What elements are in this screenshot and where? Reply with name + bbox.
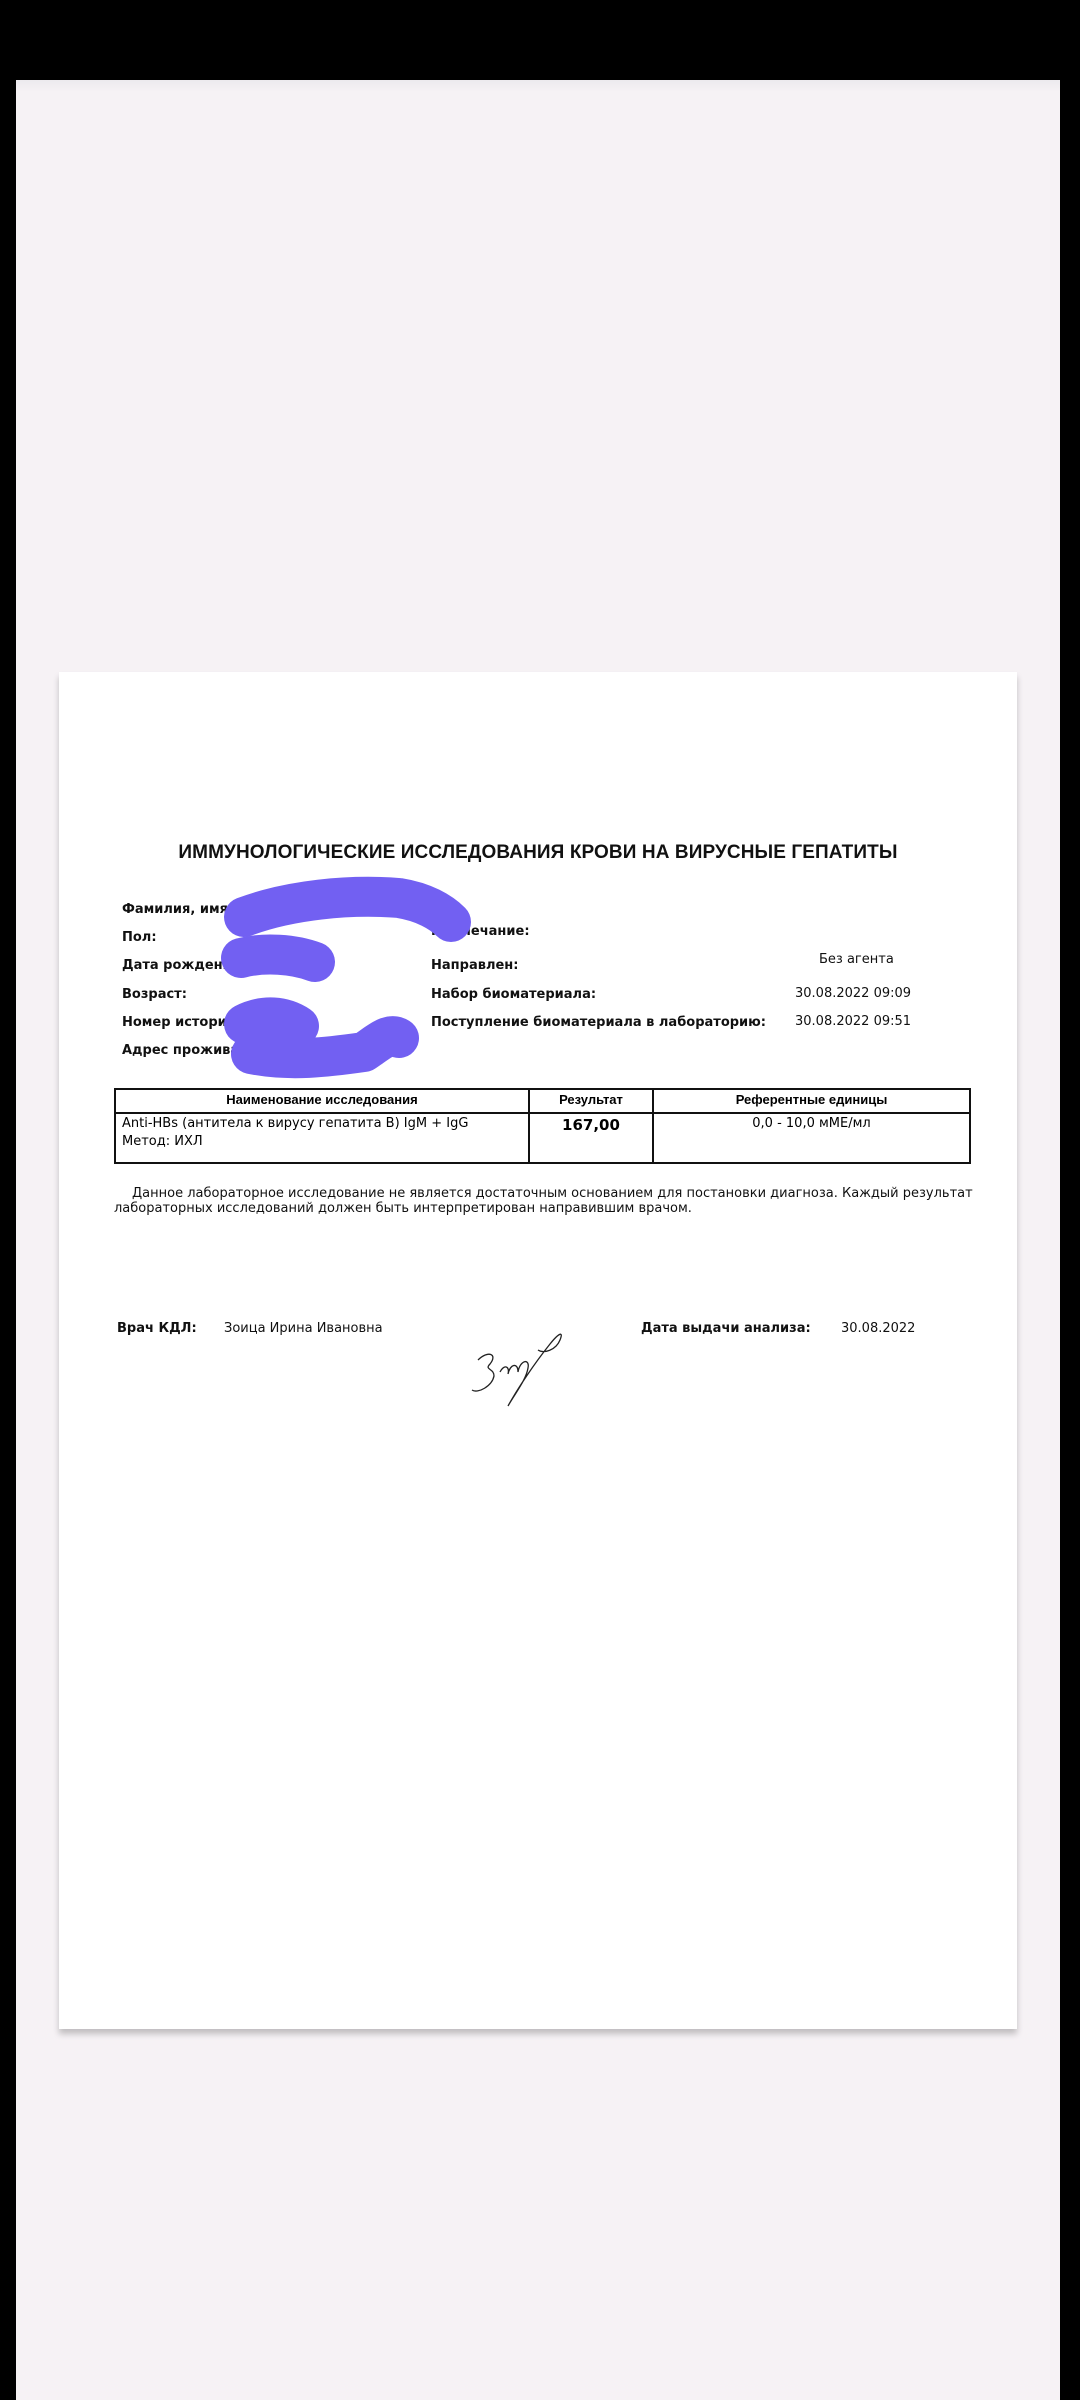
doctor-name: Зоица Ирина Ивановна	[224, 1321, 383, 1336]
redaction-overlay	[59, 672, 1017, 1172]
disclaimer-note: Данное лабораторное исследование не явля…	[114, 1186, 974, 1216]
document-viewer[interactable]: ИММУНОЛОГИЧЕСКИЕ ИССЛЕДОВАНИЯ КРОВИ НА В…	[16, 80, 1060, 2400]
redaction-strokes	[241, 897, 451, 1058]
document-page: ИММУНОЛОГИЧЕСКИЕ ИССЛЕДОВАНИЯ КРОВИ НА В…	[59, 672, 1017, 2029]
label-doctor: Врач КДЛ:	[117, 1321, 197, 1336]
issue-date: 30.08.2022	[841, 1321, 915, 1336]
signature-icon	[464, 1320, 594, 1420]
viewer-top-shade	[16, 80, 1060, 92]
label-issue-date: Дата выдачи анализа:	[641, 1321, 811, 1336]
